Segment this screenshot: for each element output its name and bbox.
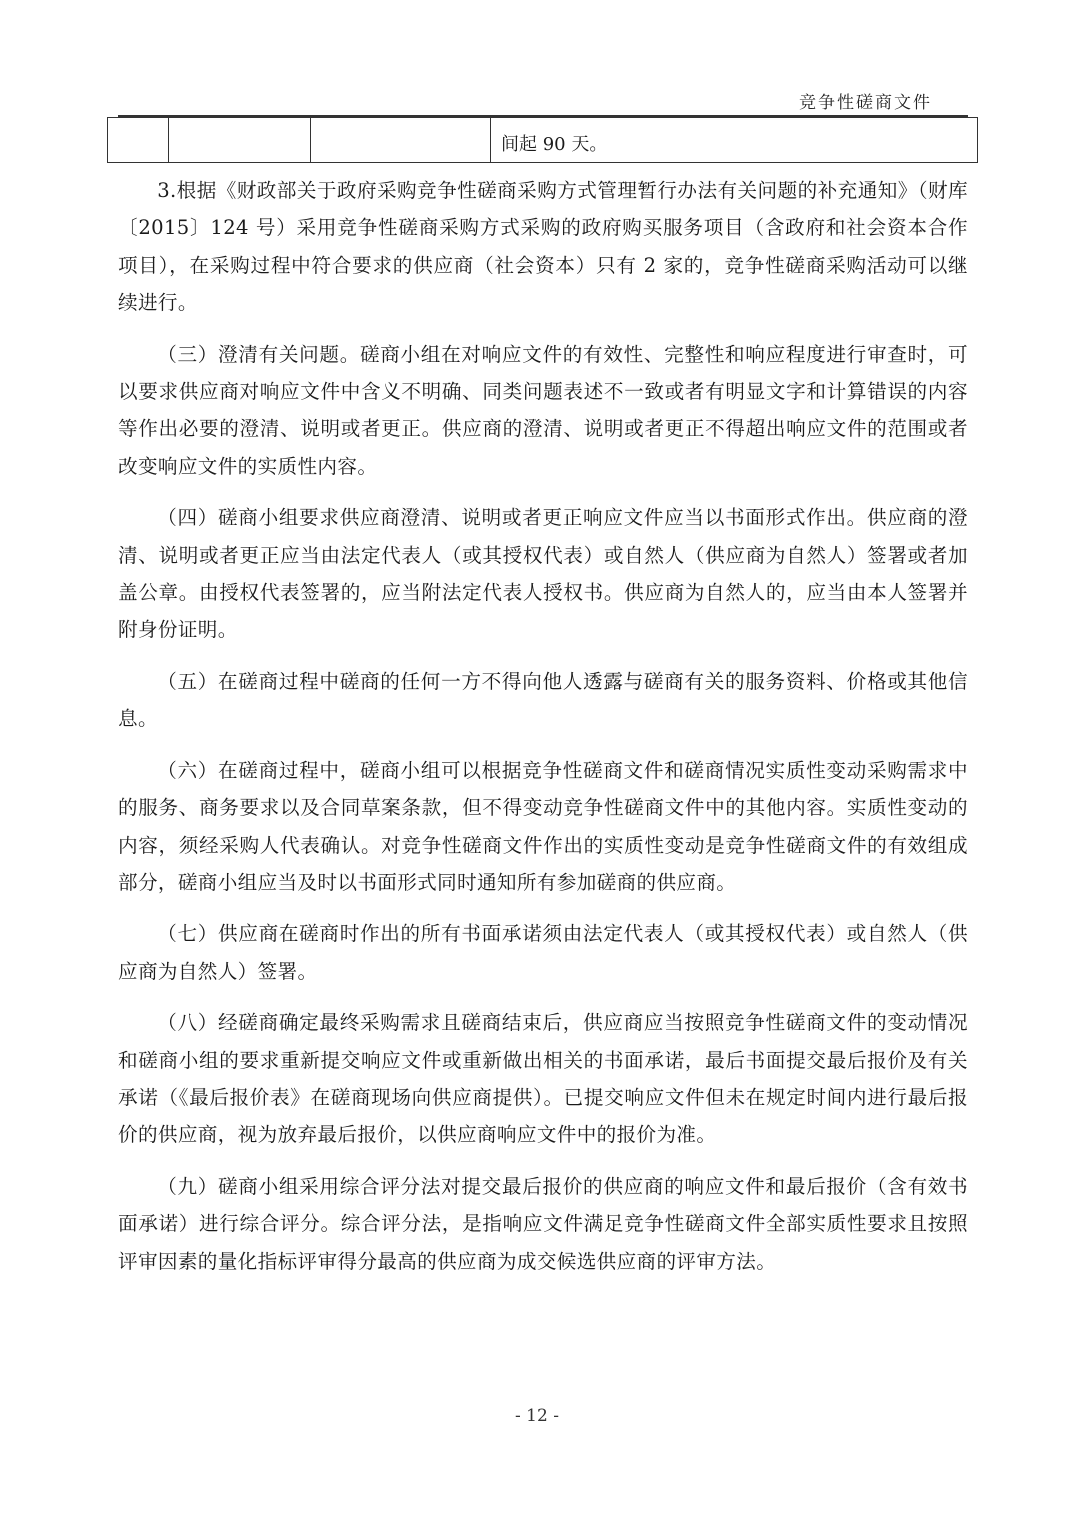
document-body: 3.根据《财政部关于政府采购竞争性磋商采购方式管理暂行办法有关问题的补充通知》（… (118, 172, 968, 1280)
page-number: - 12 - (0, 1406, 1074, 1426)
paragraph-final-quotation: （八）经磋商确定最终采购需求且磋商结束后，供应商应当按照竞争性磋商文件的变动情况… (118, 1004, 968, 1154)
table-cell (108, 118, 169, 163)
continued-table: 间起 90 天。 (107, 117, 978, 163)
paragraph-confidentiality: （五）在磋商过程中磋商的任何一方不得向他人透露与磋商有关的服务资料、价格或其他信… (118, 663, 968, 738)
paragraph-clarification-issues: （三）澄清有关问题。磋商小组在对响应文件的有效性、完整性和响应程度进行审查时，可… (118, 336, 968, 486)
paragraph-written-commitments: （七）供应商在磋商时作出的所有书面承诺须由法定代表人（或其授权代表）或自然人（供… (118, 915, 968, 990)
paragraph-written-clarification: （四）磋商小组要求供应商澄清、说明或者更正响应文件应当以书面形式作出。供应商的澄… (118, 499, 968, 649)
document-header-title: 竞争性磋商文件 (799, 88, 932, 113)
paragraph-substantive-changes: （六）在磋商过程中，磋商小组可以根据竞争性磋商文件和磋商情况实质性变动采购需求中… (118, 752, 968, 902)
table-cell (311, 118, 491, 163)
table-cell (169, 118, 311, 163)
paragraph-3-supplementary-notice: 3.根据《财政部关于政府采购竞争性磋商采购方式管理暂行办法有关问题的补充通知》（… (118, 172, 968, 322)
paragraph-comprehensive-scoring: （九）磋商小组采用综合评分法对提交最后报价的供应商的响应文件和最后报价（含有效书… (118, 1168, 968, 1280)
table-cell: 间起 90 天。 (491, 118, 978, 163)
table-row: 间起 90 天。 (108, 118, 978, 163)
